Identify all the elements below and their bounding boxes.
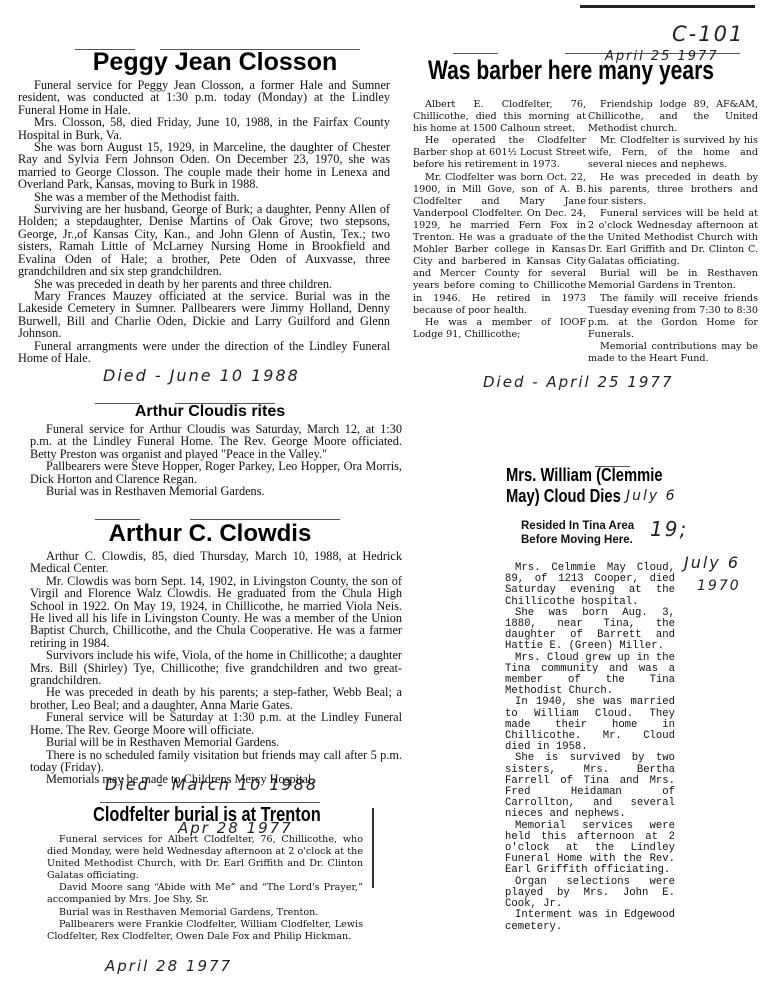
headline-rule: [100, 802, 320, 803]
handwritten-year-fragment: 19;: [650, 517, 688, 541]
paragraph: Pallbearers were Steve Hopper, Roger Par…: [30, 460, 402, 485]
handwritten-death-date-closson: Died - June 10 1988: [103, 366, 300, 385]
paragraph: Funeral services for Albert Clodfelter, …: [47, 834, 363, 882]
paragraph: Mrs. Closson, 58, died Friday, June 10, …: [18, 116, 390, 141]
paragraph: He was preceded in death by his parents;…: [30, 686, 402, 711]
paragraph: Burial will be in Resthaven Memorial Gar…: [588, 268, 758, 292]
handwritten-page-id: C-101: [672, 22, 744, 46]
clipping-edge: [372, 808, 374, 888]
handwritten-margin-date-line2: 1970: [697, 578, 741, 594]
paragraph: Burial was in Resthaven Memorial Gardens…: [30, 485, 402, 497]
headline-rule: [453, 53, 498, 54]
paragraph: Funeral arrangments were under the direc…: [18, 340, 390, 365]
top-rule: [580, 5, 755, 8]
paragraph: She is survived by two sisters, Mrs. Ber…: [505, 753, 675, 820]
headline-cloudis: Arthur Cloudis rites: [30, 403, 390, 421]
paragraph: Funeral service will be Saturday at 1:30…: [30, 711, 402, 736]
article-body-barber-col2: Friendship lodge 89, AF&AM, Chillicothe,…: [588, 99, 758, 365]
handwritten-date-burial: April 28 1977: [105, 957, 232, 975]
paragraph: Burial was in Resthaven Memorial Gardens…: [47, 907, 363, 919]
article-body-closson: Funeral service for Peggy Jean Closson, …: [18, 79, 390, 364]
paragraph: Funeral service for Arthur Cloudis was S…: [30, 423, 402, 460]
paragraph: She was born Aug. 3, 1880, near Tina, th…: [505, 608, 675, 653]
paragraph: He was a member of IOOF Lodge 91, Chilli…: [413, 317, 586, 341]
paragraph: He was preceded in death by his parents,…: [588, 172, 758, 208]
paragraph: Memorial services were held this afterno…: [505, 821, 675, 877]
handwritten-date-over-headline: April 25 1977: [605, 49, 719, 64]
article-body-clowdis: Arthur C. Clowdis, 85, died Thursday, Ma…: [30, 550, 402, 786]
headline-cloud-line1: Mrs. William (Clemmie: [506, 465, 663, 486]
headline-clowdis: Arthur C. Clowdis: [30, 520, 390, 548]
paragraph: David Moore sang “Abide with Me” and “Th…: [47, 882, 363, 906]
paragraph: Survivors include his wife, Viola, of th…: [30, 649, 402, 686]
handwritten-death-date-barber: Died - April 25 1977: [483, 373, 674, 391]
paragraph: Albert E. Clodfelter, 76, Chillicothe, d…: [413, 99, 586, 135]
paragraph: Arthur C. Clowdis, 85, died Thursday, Ma…: [30, 550, 402, 575]
paragraph: Pallbearers were Frankie Clodfelter, Wil…: [47, 919, 363, 943]
paragraph: The family will receive friends Tuesday …: [588, 293, 758, 341]
paragraph: He operated the Clodfelter Barber shop a…: [413, 135, 586, 171]
paragraph: Mr. Clowdis was born Sept. 14, 1902, in …: [30, 575, 402, 649]
subhead-cloud-line1: Resided In Tina Area: [521, 519, 634, 533]
paragraph: Mrs. Cloud grew up in the Tina community…: [505, 653, 675, 698]
handwritten-date-after-headline: July 6: [626, 488, 677, 504]
subhead-cloud: Resided In Tina Area Before Moving Here.: [521, 519, 634, 547]
paragraph: In 1940, she was married to William Clou…: [505, 697, 675, 753]
article-body-cloudis: Funeral service for Arthur Cloudis was S…: [30, 423, 402, 497]
paragraph: Memorial contributions may be made to th…: [588, 341, 758, 365]
article-body-clodfelter-burial: Funeral services for Albert Clodfelter, …: [47, 834, 363, 943]
paragraph: Mary Frances Mauzey officiated at the se…: [18, 290, 390, 340]
paragraph: Mrs. Celmmie May Cloud, 89, of 1213 Coop…: [505, 563, 675, 608]
handwritten-margin-date-line1: July 6: [684, 553, 740, 572]
paragraph: Organ selections were played by Mrs. Joh…: [505, 877, 675, 911]
paragraph: Mr. Clodfelter was born Oct. 22, 1900, i…: [413, 172, 586, 317]
article-body-barber-col1: Albert E. Clodfelter, 76, Chillicothe, d…: [413, 99, 586, 341]
paragraph: Funeral services will be held at 2 o'clo…: [588, 208, 758, 268]
paragraph: Funeral service for Peggy Jean Closson, …: [18, 79, 390, 116]
paragraph: Friendship lodge 89, AF&AM, Chillicothe,…: [588, 99, 758, 135]
handwritten-death-date-clowdis: Died - March 10 1988: [105, 775, 318, 794]
paragraph: Mr. Clodfelter is survived by his wife, …: [588, 135, 758, 171]
subhead-cloud-line2: Before Moving Here.: [521, 533, 634, 547]
paragraph: Interment was in Edgewood cemetery.: [505, 910, 675, 932]
headline-closson: Peggy Jean Closson: [40, 48, 390, 77]
paragraph: Surviving are her husband, George of Bur…: [18, 203, 390, 277]
paragraph: There is no scheduled family visitation …: [30, 749, 402, 774]
paragraph: Burial will be in Resthaven Memorial Gar…: [30, 736, 402, 748]
article-body-cloud: Mrs. Celmmie May Cloud, 89, of 1213 Coop…: [505, 563, 675, 933]
paragraph: She was born August 15, 1929, in Marceli…: [18, 141, 390, 191]
